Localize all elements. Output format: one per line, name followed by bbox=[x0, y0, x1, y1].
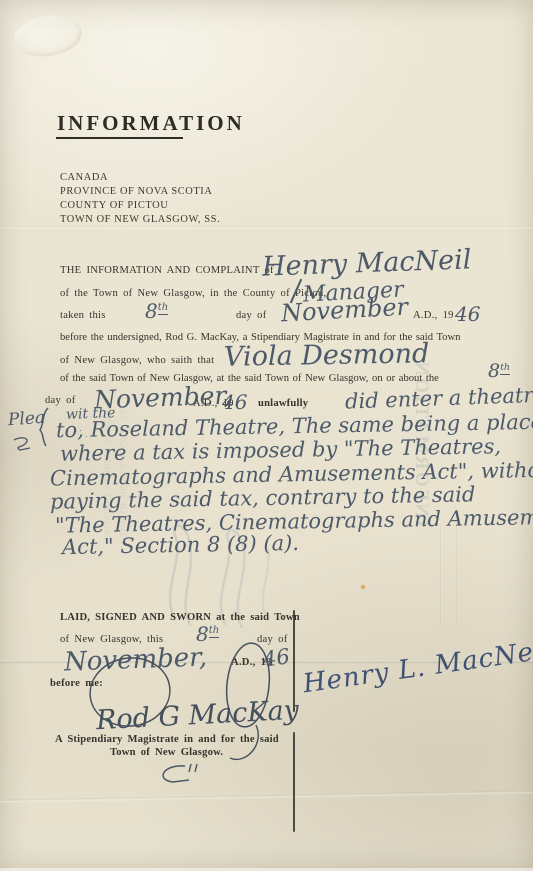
document-title: INFORMATION bbox=[57, 111, 245, 136]
jurat-vertical-rule-upper bbox=[293, 610, 295, 712]
residence-line: of the Town of New Glasgow, in the Count… bbox=[60, 288, 326, 299]
title-underline bbox=[56, 137, 183, 139]
jurat-vertical-rule-lower bbox=[293, 732, 295, 832]
ad-19-label: A.D., 19 bbox=[413, 310, 454, 321]
who-saith-line: of New Glasgow, who saith that bbox=[60, 355, 214, 366]
taken-this-label: taken this bbox=[60, 310, 106, 321]
margin-bracket-and-flourish bbox=[0, 400, 60, 460]
on-or-about-line: of the said Town of New Glasgow, at the … bbox=[60, 373, 439, 384]
charge-line-6-handwritten: Act," Section 8 (8) (a). bbox=[62, 531, 299, 559]
complaint-of-line: THE INFORMATION AND COMPLAINT of bbox=[60, 265, 274, 276]
caption-province: PROVINCE OF NOVA SCOTIA bbox=[60, 186, 212, 197]
caption-canada: CANADA bbox=[60, 172, 108, 183]
day-ordinal: th bbox=[158, 302, 168, 315]
charge-year-handwritten: 46 bbox=[222, 390, 247, 414]
information-complaint-document: INFORMATION PROVINCE OF NOVA SCOTIA TOWN… bbox=[0, 0, 533, 871]
unlawfully-label: unlawfully bbox=[258, 398, 308, 409]
magistrate-title-line1: A Stipendiary Magistrate in and for the … bbox=[55, 734, 279, 745]
magistrate-title-line2: Town of New Glasgow. bbox=[110, 747, 223, 758]
charge-day-number: 8 bbox=[488, 360, 500, 382]
taken-day-handwritten: 8th bbox=[145, 299, 168, 323]
caption-county: COUNTY OF PICTOU bbox=[60, 200, 168, 211]
clerk-flourish-mark bbox=[145, 760, 215, 800]
taken-year-handwritten: 46 bbox=[455, 302, 480, 326]
accused-name-handwritten: Viola Desmond bbox=[224, 338, 430, 373]
caption-town: TOWN OF NEW GLASGOW, SS. bbox=[60, 214, 220, 225]
charge-day-handwritten: 8th bbox=[488, 360, 510, 382]
sworn-line: LAID, SIGNED AND SWORN at the said Town bbox=[60, 612, 300, 623]
day-of-label: day of bbox=[236, 310, 266, 321]
charge-day-ordinal: th bbox=[500, 362, 510, 375]
day-number: 8 bbox=[145, 299, 158, 323]
